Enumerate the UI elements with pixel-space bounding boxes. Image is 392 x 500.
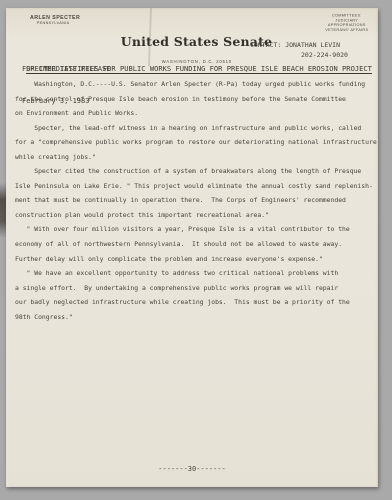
body-line: economy of all of northwestern Pennsylva… [15,237,377,252]
body-line: our badly neglected infrastructure while… [15,295,377,310]
body-line: Specter cited the construction of a syst… [15,164,377,179]
body-line: a single effort. By undertaking a compre… [15,281,377,296]
body-line: on Environment and Public Works. [15,106,377,121]
body-line: Further delay will only complicate the p… [15,252,377,267]
body-line: construction plan would protect this imp… [15,208,377,223]
body-text: Washington, D.C.----U.S. Senator Arlen S… [15,77,377,324]
contact-line: CONTACT: JONATHAN LEVIN [250,41,340,49]
contact-phone: 202-224-9020 [301,51,348,59]
body-line: while creating jobs." [15,150,377,165]
scanned-press-release: { "letterhead": { "senator_name": "ARLEN… [0,0,392,500]
press-release-page: ARLEN SPECTER PENNSYLVANIA COMMITTEES: J… [6,8,378,487]
body-line: for the control of Presque Isle beach er… [15,92,377,107]
body-line: Washington, D.C.----U.S. Senator Arlen S… [15,77,377,92]
body-line: ment that must be continually in operati… [15,193,377,208]
senator-name: ARLEN SPECTER [30,15,80,20]
body-line: Isle Peninsula on Lake Erie. " This proj… [15,179,377,194]
end-mark: -------30------- [6,465,378,473]
body-line: 98th Congress." [15,310,377,325]
committees-block: COMMITTEES: JUDICIARY APPROPRIATIONS VET… [325,13,368,33]
body-line: " With over four million visitors a year… [15,222,377,237]
body-line: for a "comprehensive public works progra… [15,135,377,150]
committee-item: VETERANS' AFFAIRS [325,28,368,33]
body-line: " We have an excellent opportunity to ad… [15,266,377,281]
body-line: Specter, the lead-off witness in a heari… [15,121,377,136]
senator-name-block: ARLEN SPECTER PENNSYLVANIA [30,15,80,26]
headline: SPECTER TESTIFIES FOR PUBLIC WORKS FUNDI… [26,64,372,73]
senator-state: PENNSYLVANIA [37,21,80,26]
